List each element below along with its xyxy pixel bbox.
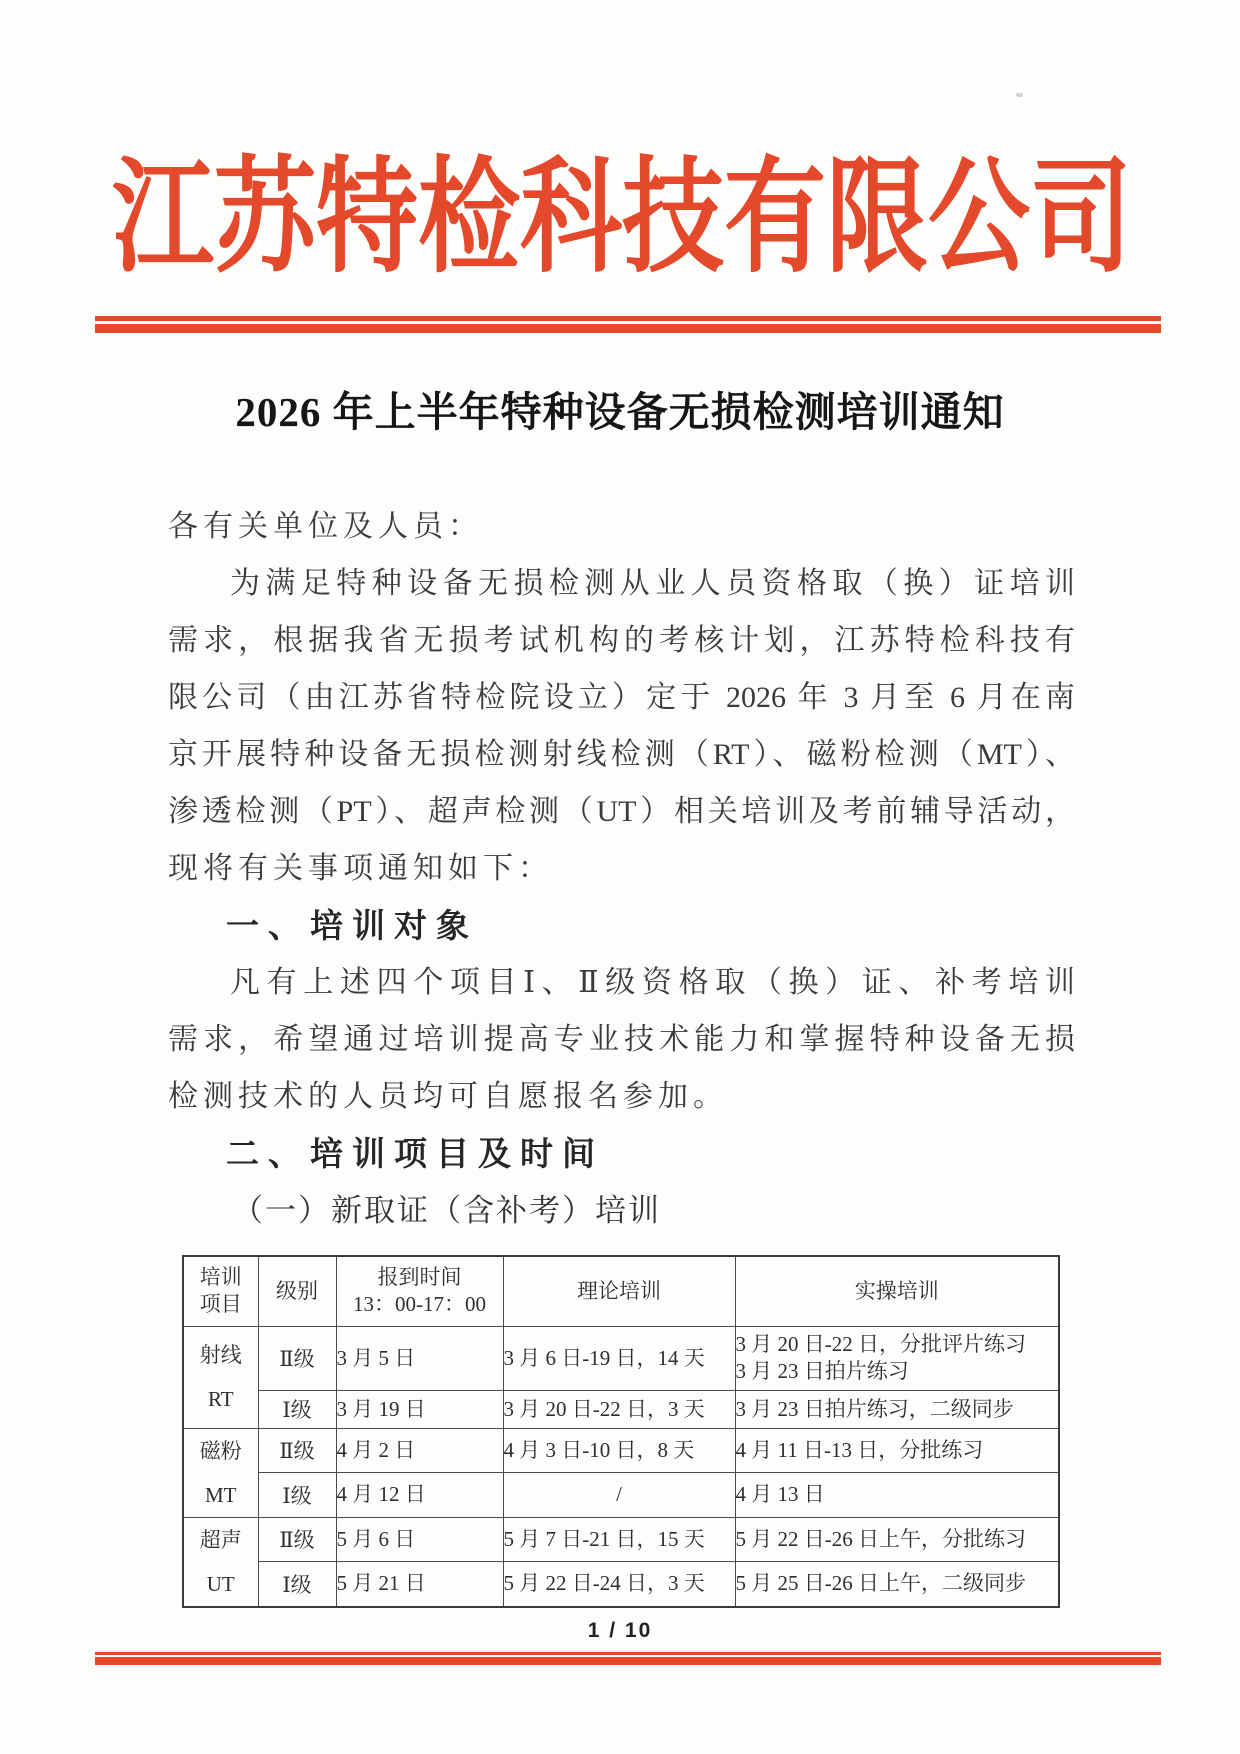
cell-theory: 5 月 7 日-21 日，15 天 [503,1517,735,1562]
cell-level: Ⅱ级 [258,1428,336,1473]
company-name-char: 限 [826,158,928,282]
cell-practice: 4 月 11 日-13 日，分批练习 [735,1428,1059,1473]
scan-artifact [1016,93,1023,97]
cell-level: Ⅱ级 [258,1517,336,1562]
header-checkin: 报到时间 13：00-17：00 [336,1256,503,1326]
cell-level: Ⅰ级 [258,1390,336,1428]
table-header-row: 培训 项目 级别 报到时间 13：00-17：00 理论培训 实操培训 [183,1256,1059,1326]
cell-project-ut: 超声 UT [183,1517,258,1607]
salutation-line: 各有关单位及人员： [168,498,1075,555]
cell-theory: 3 月 6 日-19 日，14 天 [503,1326,735,1390]
cell-checkin: 3 月 19 日 [336,1390,503,1428]
letterhead: 江 苏 特 检 科 技 有 限 公 司 [0,0,1240,333]
cell-theory: 5 月 22 日-24 日，3 天 [503,1562,735,1607]
paragraph-line: 现将有关事项通知如下： [168,840,1075,897]
header-level: 级别 [258,1256,336,1326]
section-heading-1: 一、培训对象 [168,897,1075,954]
red-rule-bottom-thick [95,1657,1161,1665]
table-row: Ⅰ级 3 月 19 日 3 月 20 日-22 日，3 天 3 月 23 日拍片… [183,1390,1059,1428]
red-rule-bottom [95,1652,1161,1665]
cell-checkin: 4 月 12 日 [336,1473,503,1518]
company-name: 江 苏 特 检 科 技 有 限 公 司 [112,158,1124,282]
table-row: Ⅰ级 5 月 21 日 5 月 22 日-24 日，3 天 5 月 25 日-2… [183,1562,1059,1607]
cell-theory: / [503,1473,735,1518]
subsection-title: （一）新取证（含补考）培训 [168,1182,1075,1239]
paragraph-line: 检测技术的人员均可自愿报名参加。 [168,1068,1075,1125]
cell-practice: 3 月 23 日拍片练习，二级同步 [735,1390,1059,1428]
company-name-char: 江 [112,158,214,282]
company-name-char: 检 [418,158,520,282]
cell-checkin: 5 月 21 日 [336,1562,503,1607]
company-name-char: 科 [520,158,622,282]
cell-level: Ⅱ级 [258,1326,336,1390]
paragraph-line: 渗透检测（PT）、超声检测（UT）相关培训及考前辅导活动， [168,783,1075,840]
company-name-char: 特 [316,158,418,282]
cell-level: Ⅰ级 [258,1473,336,1518]
paragraph-line: 为满足特种设备无损检测从业人员资格取（换）证培训 [168,555,1075,612]
section-heading-2: 二、培训项目及时间 [168,1125,1075,1182]
cell-practice: 5 月 22 日-26 日上午，分批练习 [735,1517,1059,1562]
company-name-char: 司 [1030,158,1132,282]
document-page: 江 苏 特 检 科 技 有 限 公 司 2026 年上半年特种设备无损检测培训通… [0,0,1240,1754]
table-row: 磁粉 MT Ⅱ级 4 月 2 日 4 月 3 日-10 日，8 天 4 月 11… [183,1428,1059,1473]
cell-level: Ⅰ级 [258,1562,336,1607]
cell-checkin: 4 月 2 日 [336,1428,503,1473]
body-text: 各有关单位及人员： 为满足特种设备无损检测从业人员资格取（换）证培训 需求，根据… [168,498,1075,1239]
cell-practice: 4 月 13 日 [735,1473,1059,1518]
table-row: 射线 RT Ⅱ级 3 月 5 日 3 月 6 日-19 日，14 天 3 月 2… [183,1326,1059,1390]
training-schedule-table: 培训 项目 级别 报到时间 13：00-17：00 理论培训 实操培训 射线 R… [182,1255,1060,1608]
doc-title: 2026 年上半年特种设备无损检测培训通知 [0,379,1240,438]
company-name-char: 苏 [214,158,316,282]
company-name-char: 技 [622,158,724,282]
company-name-char: 有 [724,158,826,282]
red-rule-top [95,316,1161,333]
table-row: Ⅰ级 4 月 12 日 / 4 月 13 日 [183,1473,1059,1518]
red-rule-top-thick [95,324,1161,333]
header-practice: 实操培训 [735,1256,1059,1326]
cell-theory: 4 月 3 日-10 日，8 天 [503,1428,735,1473]
header-project: 培训 项目 [183,1256,258,1326]
paragraph-line: 京开展特种设备无损检测射线检测（RT）、磁粉检测（MT）、 [168,726,1075,783]
cell-project-mt: 磁粉 MT [183,1428,258,1517]
cell-practice: 3 月 20 日-22 日，分批评片练习 3 月 23 日拍片练习 [735,1326,1059,1390]
cell-checkin: 5 月 6 日 [336,1517,503,1562]
paragraph-line: 需求，希望通过培训提高专业技术能力和掌握特种设备无损 [168,1011,1075,1068]
company-name-char: 公 [928,158,1030,282]
page-number: 1 / 10 [0,1619,1240,1643]
cell-checkin: 3 月 5 日 [336,1326,503,1390]
cell-theory: 3 月 20 日-22 日，3 天 [503,1390,735,1428]
cell-project-rt: 射线 RT [183,1326,258,1428]
cell-practice: 5 月 25 日-26 日上午，二级同步 [735,1562,1059,1607]
paragraph-line: 需求，根据我省无损考试机构的考核计划，江苏特检科技有 [168,612,1075,669]
paragraph-line: 凡有上述四个项目Ⅰ、Ⅱ级资格取（换）证、补考培训 [168,954,1075,1011]
header-theory: 理论培训 [503,1256,735,1326]
table-row: 超声 UT Ⅱ级 5 月 6 日 5 月 7 日-21 日，15 天 5 月 2… [183,1517,1059,1562]
paragraph-line: 限公司（由江苏省特检院设立）定于 2026 年 3 月至 6 月在南 [168,669,1075,726]
